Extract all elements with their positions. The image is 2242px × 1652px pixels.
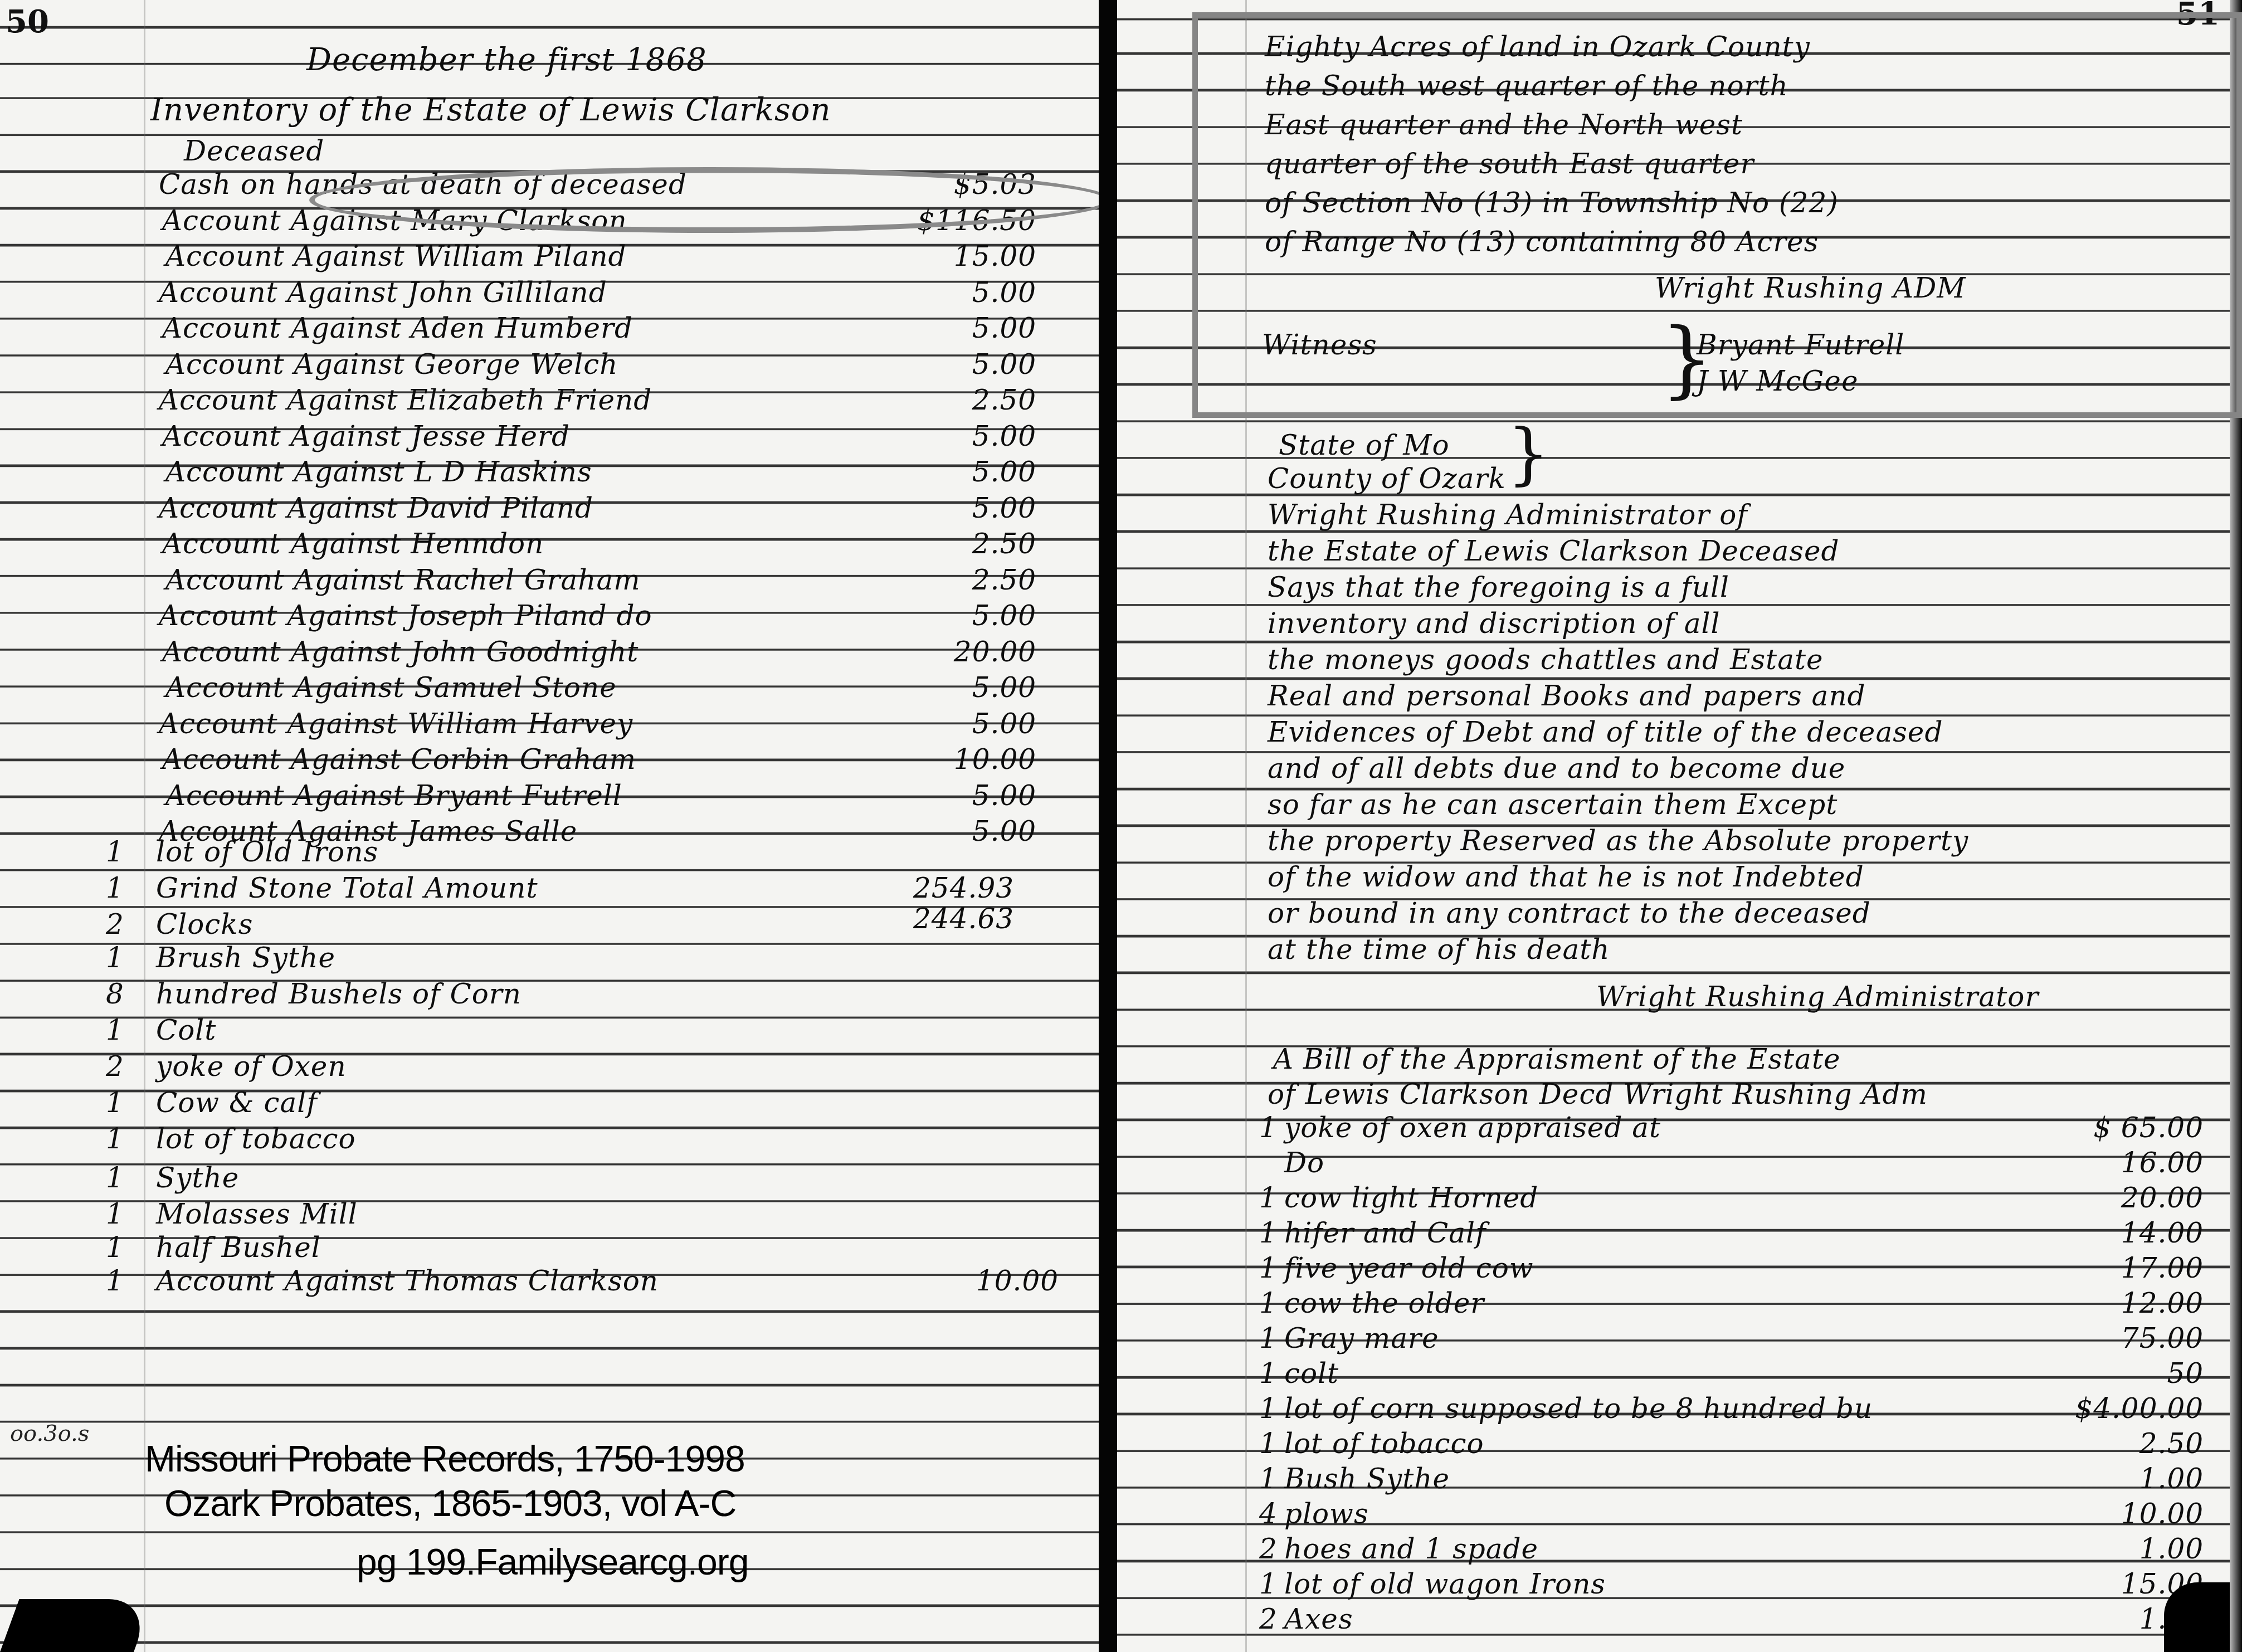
row-quantity: 1 (106, 1231, 124, 1264)
row-quantity: 2 (106, 908, 124, 940)
row-quantity: 1 (1259, 1568, 1277, 1600)
row-description: colt (1284, 1357, 1339, 1390)
row-description: lot of old wagon Irons (1284, 1568, 1606, 1600)
scanner-thumb-shadow (0, 1599, 153, 1652)
row-amount: 10.00 (891, 743, 1036, 776)
appraisement-heading-1: A Bill of the Appraisment of the Estate (1273, 1043, 1841, 1075)
row-description: Molasses Mill (156, 1198, 358, 1230)
inventory-subtitle: Deceased (184, 135, 324, 167)
row-amount: 75.00 (2059, 1322, 2204, 1354)
row-description: Brush Sythe (156, 942, 335, 974)
row-amount: 2.50 (891, 384, 1036, 416)
row-description: Account Against Elizabeth Friend (159, 384, 652, 416)
row-amount: 2.50 (891, 528, 1036, 560)
row-description: Grind Stone Total Amount (156, 872, 538, 904)
row-amount: 20.00 (891, 636, 1036, 668)
inventory-date: December the first 1868 (306, 42, 707, 78)
venue-state: State of Mo (1279, 429, 1450, 461)
row-description: lot of tobacco (1284, 1427, 1484, 1460)
row-amount: 5.00 (891, 348, 1036, 381)
row-quantity: 1 (1259, 1392, 1277, 1425)
row-amount: 5.00 (891, 779, 1036, 812)
row-description: Account Against William Harvey (159, 708, 633, 740)
row-description: Account Against David Piland (159, 492, 593, 524)
margin-rule (144, 0, 145, 1652)
inventory-title: Inventory of the Estate of Lewis Clarkso… (150, 92, 831, 128)
row-amount: 1.00 (2059, 1533, 2204, 1565)
row-amount: 2.50 (2059, 1427, 2204, 1460)
row-description: Account Against William Piland (165, 240, 627, 272)
row-quantity: 2 (1259, 1603, 1277, 1635)
row-quantity: 1 (106, 836, 124, 868)
row-amount: 5.00 (891, 420, 1036, 452)
row-quantity: 1 (106, 1265, 124, 1297)
row-quantity: 1 (1259, 1357, 1277, 1390)
row-description: Gray mare (1284, 1322, 1439, 1354)
row-quantity: 1 (1259, 1182, 1277, 1214)
row-description: plows (1284, 1498, 1369, 1530)
row-description: Cow & calf (156, 1086, 318, 1119)
page-number: 50 (6, 3, 49, 40)
row-description: five year old cow (1284, 1252, 1534, 1284)
row-amount: $4.00.00 (2059, 1392, 2204, 1425)
row-quantity: 1 (106, 942, 124, 974)
row-amount: 12.00 (2059, 1287, 2204, 1319)
row-amount: 16.00 (2059, 1147, 2204, 1179)
row-description: Account Against Joseph Piland do (159, 600, 652, 632)
row-quantity: 4 (1259, 1498, 1277, 1530)
row-quantity: 2 (1259, 1533, 1277, 1565)
row-description: Account Against L D Haskins (165, 456, 592, 488)
row-description: half Bushel (156, 1231, 321, 1264)
affidavit-line: Says that the foregoing is a full (1268, 571, 1729, 603)
row-description: lot of corn supposed to be 8 hundred bu (1284, 1392, 1873, 1425)
affidavit-line: the moneys goods chattles and Estate (1268, 644, 1824, 676)
row-description: Account Against Corbin Graham (162, 743, 636, 776)
affidavit-line: inventory and discription of all (1268, 607, 1721, 640)
row-amount: $ 65.00 (2059, 1112, 2204, 1144)
row-amount: 10.00 (2059, 1498, 2204, 1530)
land-record-highlight-box (1192, 12, 2242, 418)
affidavit-line: Evidences of Debt and of title of the de… (1268, 716, 1943, 748)
row-amount: 254.93 (869, 872, 1014, 904)
row-description: Clocks (156, 908, 253, 940)
affidavit-line: the property Reserved as the Absolute pr… (1268, 825, 1968, 857)
caption-line-1: Missouri Probate Records, 1750-1998 (145, 1437, 745, 1480)
row-description: yoke of Oxen (156, 1050, 347, 1083)
row-description: Account Against Samuel Stone (165, 671, 617, 704)
affidavit-line: of the widow and that he is not Indebted (1268, 861, 1864, 893)
circled-entry-highlight (309, 167, 1100, 233)
row-description: Account Against Rachel Graham (165, 564, 641, 596)
row-description: Sythe (156, 1162, 239, 1194)
affidavit-line: Wright Rushing Administrator of (1268, 499, 1748, 531)
row-description: Do (1284, 1147, 1324, 1179)
row-amount: 17.00 (2059, 1252, 2204, 1284)
affidavit-line: Real and personal Books and papers and (1268, 680, 1866, 712)
row-description: Bush Sythe (1284, 1463, 1450, 1495)
brace-icon: } (1507, 421, 1549, 488)
row-description: yoke of oxen appraised at (1284, 1112, 1661, 1144)
row-amount: 50 (2059, 1357, 2204, 1390)
row-amount: 20.00 (2059, 1182, 2204, 1214)
row-amount: 5.00 (891, 671, 1036, 704)
row-description: Account Against Henndon (162, 528, 544, 560)
row-description: Account Against Bryant Futrell (165, 779, 622, 812)
caption-line-2: Ozark Probates, 1865-1903, vol A-C (164, 1482, 736, 1524)
row-amount: 10.00 (914, 1265, 1059, 1297)
row-quantity: 1 (106, 872, 124, 904)
affidavit-signature: Wright Rushing Administrator (1596, 981, 2039, 1013)
row-quantity: 1 (106, 1198, 124, 1230)
row-description: hundred Bushels of Corn (156, 978, 521, 1010)
affidavit-line: and of all debts due and to become due (1268, 752, 1845, 784)
row-amount: 14.00 (2059, 1217, 2204, 1249)
margin-note: oo.3o.s (10, 1421, 89, 1446)
row-quantity: 1 (1259, 1427, 1277, 1460)
affidavit-line: so far as he can ascertain them Except (1268, 788, 1838, 821)
appraisement-heading-2: of Lewis Clarkson Decd Wright Rushing Ad… (1268, 1078, 1928, 1110)
row-description: Account Against Thomas Clarkson (156, 1265, 659, 1297)
row-quantity: 2 (106, 1050, 124, 1083)
affidavit-line: or bound in any contract to the deceased (1268, 897, 1871, 929)
row-quantity: 1 (1259, 1252, 1277, 1284)
row-description: Axes (1284, 1603, 1353, 1635)
row-amount: 5.00 (891, 312, 1036, 344)
row-description: hoes and 1 spade (1284, 1533, 1538, 1565)
affidavit-line: the Estate of Lewis Clarkson Deceased (1268, 535, 1840, 567)
row-quantity: 1 (1259, 1287, 1277, 1319)
row-amount: 244.63 (869, 903, 1014, 935)
row-amount: 5.00 (891, 456, 1036, 488)
venue-county: County of Ozark (1268, 462, 1506, 495)
left-ledger-page: 50 December the first 1868 Inventory of … (0, 0, 1100, 1652)
affidavit-line: at the time of his death (1268, 933, 1610, 966)
row-quantity: 1 (106, 1162, 124, 1194)
row-quantity: 1 (1259, 1217, 1277, 1249)
row-description: lot of Old Irons (156, 836, 378, 868)
row-description: Account Against Jesse Herd (162, 420, 570, 452)
row-quantity: 1 (106, 1014, 124, 1046)
row-description: cow light Horned (1284, 1182, 1538, 1214)
caption-line-3: pg 199.Familysearcg.org (357, 1541, 748, 1583)
row-quantity: 1 (106, 1086, 124, 1119)
row-description: hifer and Calf (1284, 1217, 1486, 1249)
row-quantity: 1 (1259, 1112, 1277, 1144)
row-description: cow the older (1284, 1287, 1484, 1319)
row-description: Account Against John Gilliland (159, 276, 607, 309)
row-description: Colt (156, 1014, 216, 1046)
row-amount: 5.00 (891, 600, 1036, 632)
row-amount: 5.00 (891, 815, 1036, 847)
row-description: Account Against George Welch (165, 348, 618, 381)
row-description: Account Against John Goodnight (162, 636, 639, 668)
book-gutter (1099, 0, 1119, 1652)
row-amount: 5.00 (891, 708, 1036, 740)
row-amount: 2.50 (891, 564, 1036, 596)
row-amount: 1.00 (2059, 1463, 2204, 1495)
row-description: Account Against Aden Humberd (162, 312, 633, 344)
row-amount: 5.00 (891, 492, 1036, 524)
row-quantity: 1 (106, 1123, 124, 1155)
row-quantity: 1 (1259, 1322, 1277, 1354)
row-description: lot of tobacco (156, 1123, 356, 1155)
row-quantity: 8 (106, 978, 124, 1010)
row-quantity: 1 (1259, 1463, 1277, 1495)
row-amount: 5.00 (891, 276, 1036, 309)
row-amount: 15.00 (891, 240, 1036, 272)
